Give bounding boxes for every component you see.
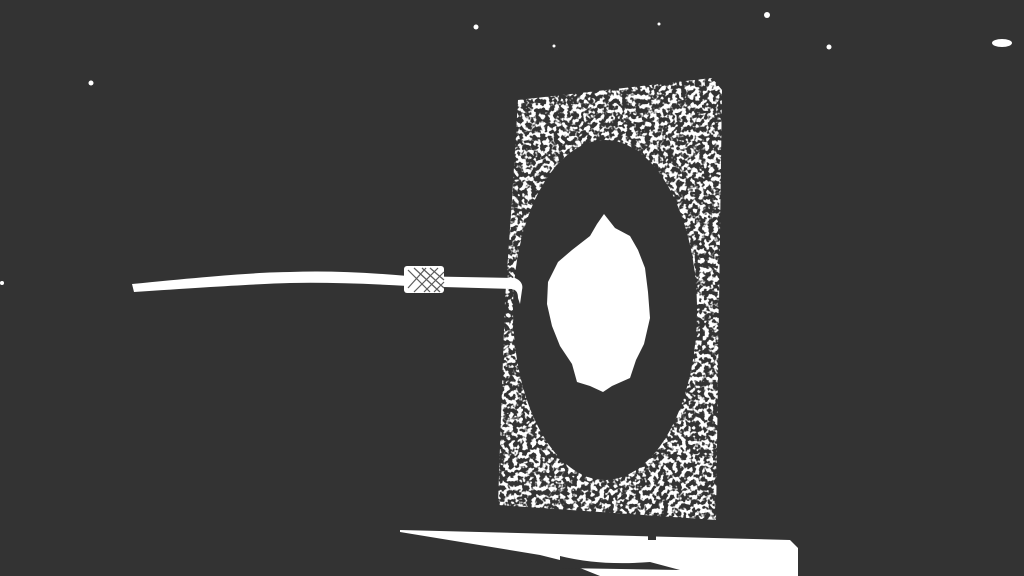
photo-scene: [0, 0, 1024, 576]
